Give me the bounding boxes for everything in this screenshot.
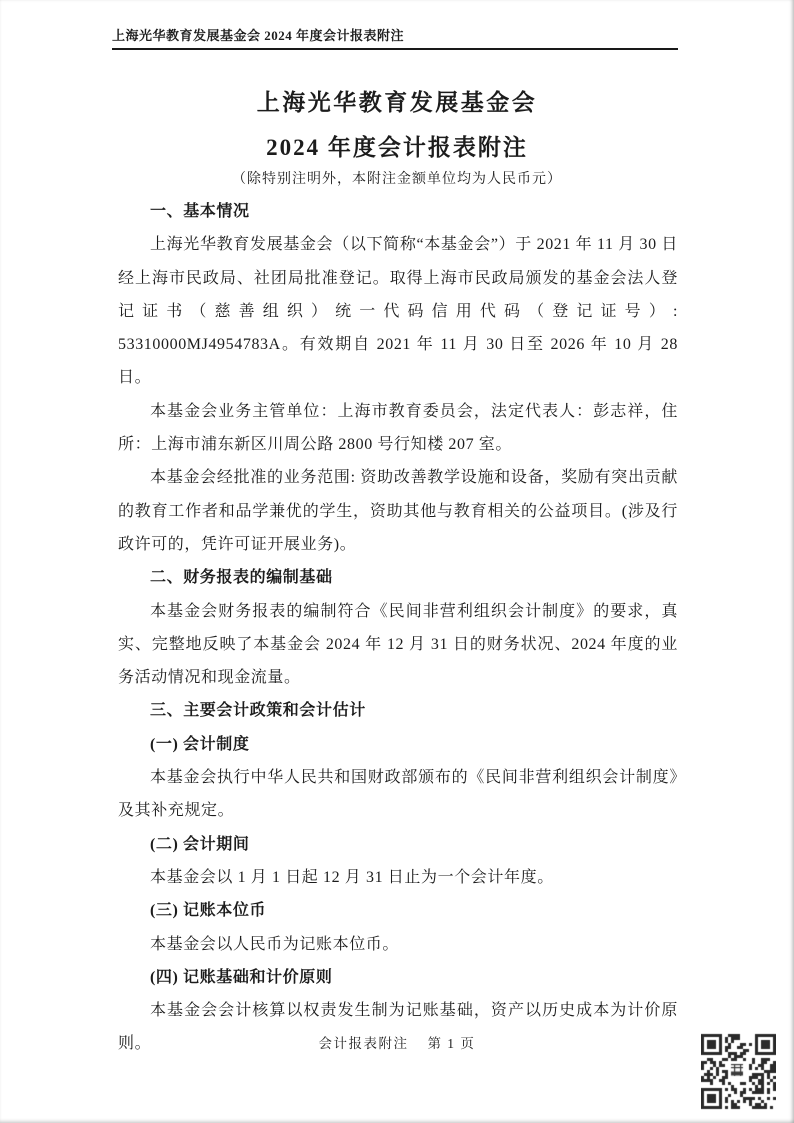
currency-unit-note: （除特别注明外，本附注金额单位均为人民币元） xyxy=(0,170,794,190)
body-paragraph: 本基金会业务主管单位：上海市教育委员会，法定代表人：彭志祥，住所：上海市浦东新区… xyxy=(118,395,678,462)
body-paragraph: 本基金会以 1 月 1 日起 12 月 31 日止为一个会计年度。 xyxy=(118,861,678,894)
running-header-text: 上海光华教育发展基金会 2024 年度会计报表附注 xyxy=(112,28,404,43)
body-paragraph: 上海光华教育发展基金会（以下简称“本基金会”）于 2021 年 11 月 30 … xyxy=(118,228,678,394)
body-paragraph: 本基金会以人民币为记账本位币。 xyxy=(118,928,678,961)
footer-page-number: 第 1 页 xyxy=(427,1036,475,1051)
body-paragraph: 本基金会财务报表的编制符合《民间非营利组织会计制度》的要求，真实、完整地反映了本… xyxy=(118,595,678,695)
document-title: 上海光华教育发展基金会 xyxy=(0,89,794,117)
body-paragraph: 本基金会经批准的业务范围: 资助改善教学设施和设备，奖励有突出贡献的教育工作者和… xyxy=(118,461,678,561)
body-heading: 二、财务报表的编制基础 xyxy=(118,561,678,594)
footer-label: 会计报表附注 xyxy=(319,1036,409,1051)
document-subtitle: 2024 年度会计报表附注 xyxy=(0,134,794,162)
body-heading: 一、基本情况 xyxy=(118,195,678,228)
qr-code-icon xyxy=(701,1032,776,1110)
document-body: 一、基本情况上海光华教育发展基金会（以下简称“本基金会”）于 2021 年 11… xyxy=(118,195,678,1061)
running-header: 上海光华教育发展基金会 2024 年度会计报表附注 xyxy=(112,0,678,50)
body-heading: 三、主要会计政策和会计估计 xyxy=(118,694,678,727)
body-heading: (四) 记账基础和计价原则 xyxy=(118,961,678,994)
document-page: 上海光华教育发展基金会 2024 年度会计报表附注 上海光华教育发展基金会 20… xyxy=(0,0,794,1123)
title-block: 上海光华教育发展基金会 2024 年度会计报表附注 （除特别注明外，本附注金额单… xyxy=(0,89,794,190)
body-paragraph: 本基金会执行中华人民共和国财政部颁布的《民间非营利组织会计制度》及其补充规定。 xyxy=(118,761,678,828)
body-heading: (一) 会计制度 xyxy=(118,728,678,761)
body-heading: (二) 会计期间 xyxy=(118,828,678,861)
page-footer: 会计报表附注第 1 页 xyxy=(0,1034,794,1054)
body-heading: (三) 记账本位币 xyxy=(118,894,678,927)
